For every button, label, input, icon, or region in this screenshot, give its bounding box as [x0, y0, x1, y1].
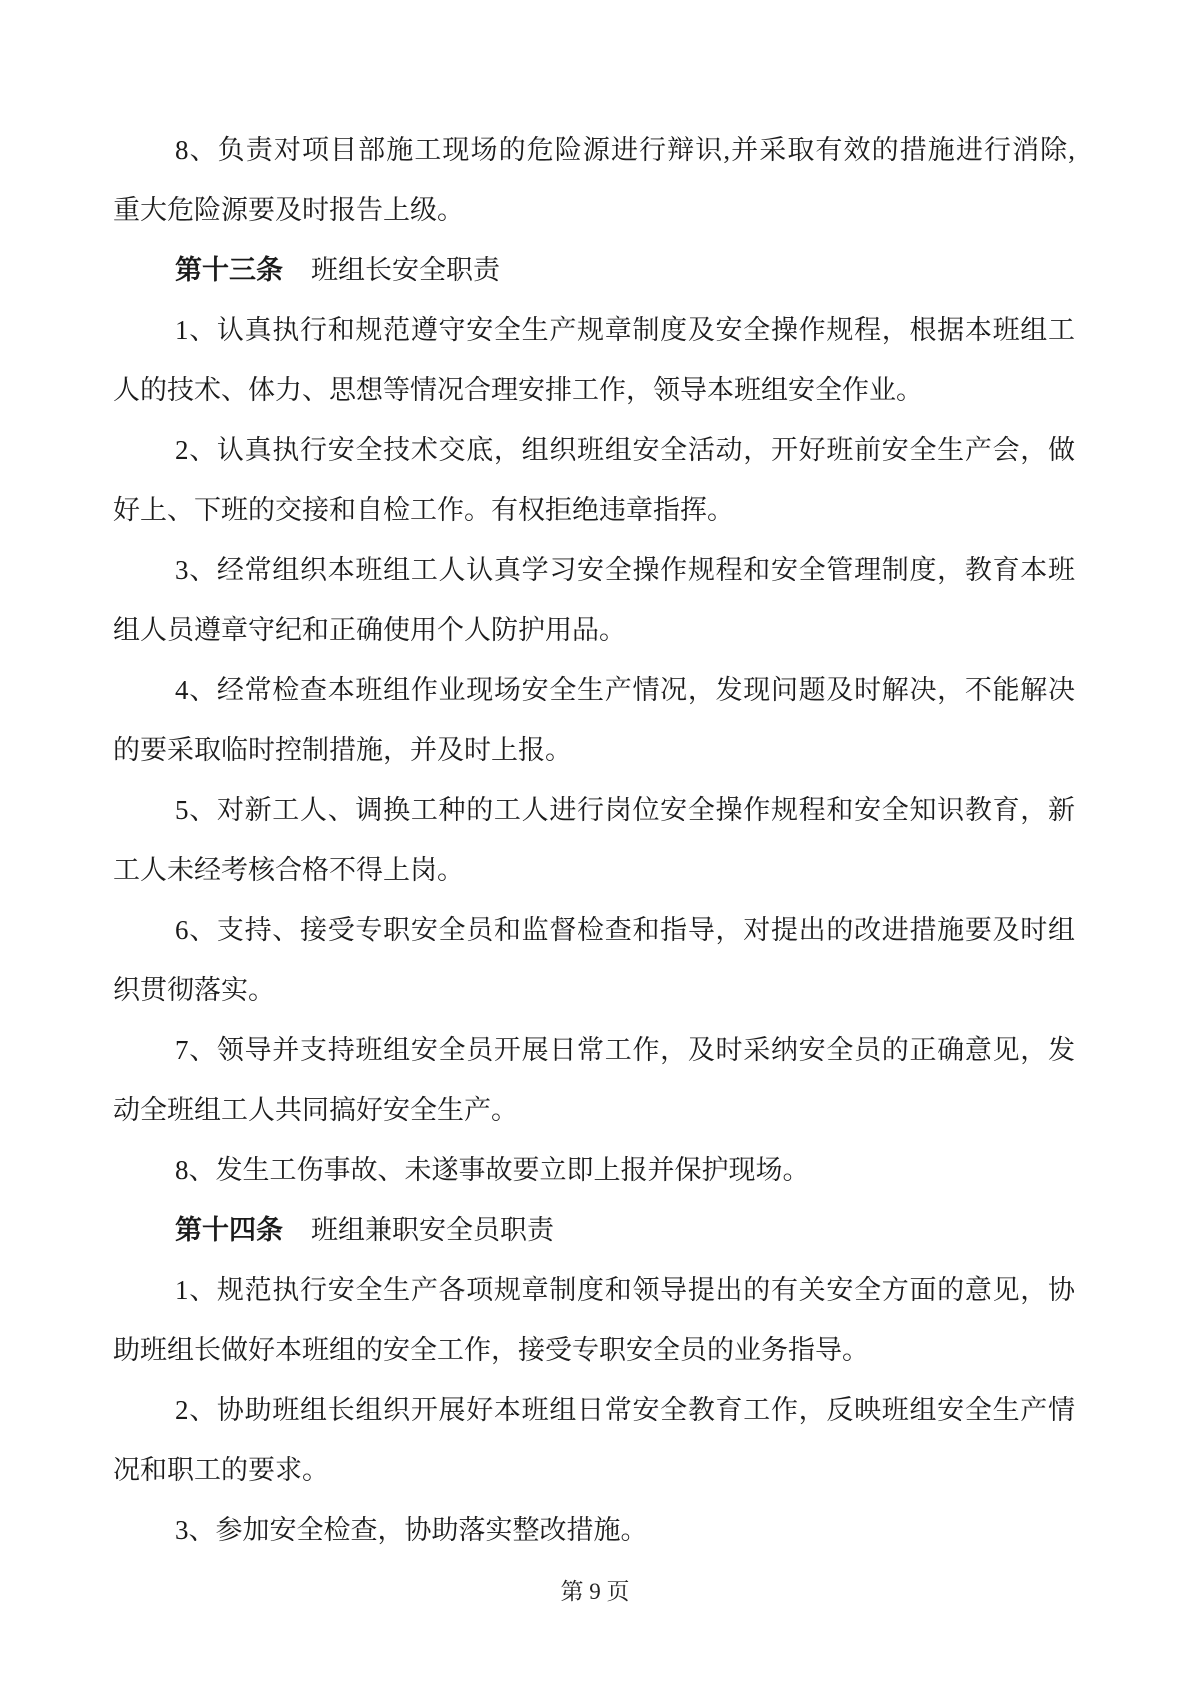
heading-number: 第十三条	[175, 255, 283, 285]
text-line: 6、支持、接受专职安全员和监督检查和指导，对提出的改进措施要及时组	[113, 900, 1075, 960]
text-line: 助班组长做好本班组的安全工作，接受专职安全员的业务指导。	[113, 1320, 1075, 1380]
text-segment: 1、规范执行安全生产各项规章制度和领导提出的有关安全方面的意见，协	[175, 1275, 1075, 1305]
text-line: 1、规范执行安全生产各项规章制度和领导提出的有关安全方面的意见，协	[113, 1260, 1075, 1320]
text-segment: 的要采取临时控制措施，并及时上报。	[113, 735, 572, 765]
text-segment: 3、参加安全检查，协助落实整改措施。	[175, 1515, 648, 1545]
text-segment: 3、经常组织本班组工人认真学习安全操作规程和安全管理制度，教育本班	[175, 555, 1075, 585]
text-segment: 人的技术、体力、思想等情况合理安排工作，领导本班组安全作业。	[113, 375, 923, 405]
text-line: 3、参加安全检查，协助落实整改措施。	[113, 1500, 1075, 1560]
heading-line: 第十四条班组兼职安全员职责	[113, 1200, 1075, 1260]
heading-number: 第十四条	[175, 1215, 283, 1245]
text-segment: 6、支持、接受专职安全员和监督检查和指导，对提出的改进措施要及时组	[175, 915, 1075, 945]
text-segment: 班组长安全职责	[311, 255, 500, 285]
text-segment: 7、领导并支持班组安全员开展日常工作，及时采纳安全员的正确意见，发	[175, 1035, 1075, 1065]
heading-line: 第十三条班组长安全职责	[113, 240, 1075, 300]
text-line: 人的技术、体力、思想等情况合理安排工作，领导本班组安全作业。	[113, 360, 1075, 420]
text-line: 1、认真执行和规范遵守安全生产规章制度及安全操作规程，根据本班组工	[113, 300, 1075, 360]
text-segment: 班组兼职安全员职责	[311, 1215, 554, 1245]
text-line: 2、协助班组长组织开展好本班组日常安全教育工作，反映班组安全生产情	[113, 1380, 1075, 1440]
text-segment: 织贯彻落实。	[113, 975, 275, 1005]
text-line: 7、领导并支持班组安全员开展日常工作，及时采纳安全员的正确意见，发	[113, 1020, 1075, 1080]
text-segment: 动全班组工人共同搞好安全生产。	[113, 1095, 518, 1125]
text-line: 的要采取临时控制措施，并及时上报。	[113, 720, 1075, 780]
text-segment: 况和职工的要求。	[113, 1455, 329, 1485]
page-number: 第 9 页	[0, 1570, 1190, 1614]
text-segment: 2、认真执行安全技术交底，组织班组安全活动，开好班前安全生产会，做	[175, 435, 1075, 465]
text-segment: 1、认真执行和规范遵守安全生产规章制度及安全操作规程，根据本班组工	[175, 315, 1075, 345]
text-line: 工人未经考核合格不得上岗。	[113, 840, 1075, 900]
text-line: 组人员遵章守纪和正确使用个人防护用品。	[113, 600, 1075, 660]
text-segment: 组人员遵章守纪和正确使用个人防护用品。	[113, 615, 626, 645]
text-line: 4、经常检查本班组作业现场安全生产情况，发现问题及时解决，不能解决	[113, 660, 1075, 720]
text-line: 重大危险源要及时报告上级。	[113, 180, 1075, 240]
text-line: 8、发生工伤事故、未遂事故要立即上报并保护现场。	[113, 1140, 1075, 1200]
document-page: 8、负责对项目部施工现场的危险源进行辩识,并采取有效的措施进行消除,重大危险源要…	[0, 0, 1190, 1683]
text-segment: 重大危险源要及时报告上级。	[113, 195, 464, 225]
text-segment: 好上、下班的交接和自检工作。有权拒绝违章指挥。	[113, 495, 734, 525]
text-segment: 2、协助班组长组织开展好本班组日常安全教育工作，反映班组安全生产情	[175, 1395, 1075, 1425]
text-segment: 助班组长做好本班组的安全工作，接受专职安全员的业务指导。	[113, 1335, 869, 1365]
text-line: 3、经常组织本班组工人认真学习安全操作规程和安全管理制度，教育本班	[113, 540, 1075, 600]
text-line: 2、认真执行安全技术交底，组织班组安全活动，开好班前安全生产会，做	[113, 420, 1075, 480]
text-segment: 8、发生工伤事故、未遂事故要立即上报并保护现场。	[175, 1155, 810, 1185]
text-line: 况和职工的要求。	[113, 1440, 1075, 1500]
text-line: 好上、下班的交接和自检工作。有权拒绝违章指挥。	[113, 480, 1075, 540]
text-segment: 8、负责对项目部施工现场的危险源进行辩识,并采取有效的措施进行消除,	[175, 135, 1075, 165]
text-segment: 5、对新工人、调换工种的工人进行岗位安全操作规程和安全知识教育，新	[175, 795, 1075, 825]
text-segment: 4、经常检查本班组作业现场安全生产情况，发现问题及时解决，不能解决	[175, 675, 1075, 705]
text-segment: 工人未经考核合格不得上岗。	[113, 855, 464, 885]
document-body: 8、负责对项目部施工现场的危险源进行辩识,并采取有效的措施进行消除,重大危险源要…	[113, 120, 1075, 1560]
text-line: 织贯彻落实。	[113, 960, 1075, 1020]
text-line: 8、负责对项目部施工现场的危险源进行辩识,并采取有效的措施进行消除,	[113, 120, 1075, 180]
text-line: 动全班组工人共同搞好安全生产。	[113, 1080, 1075, 1140]
text-line: 5、对新工人、调换工种的工人进行岗位安全操作规程和安全知识教育，新	[113, 780, 1075, 840]
